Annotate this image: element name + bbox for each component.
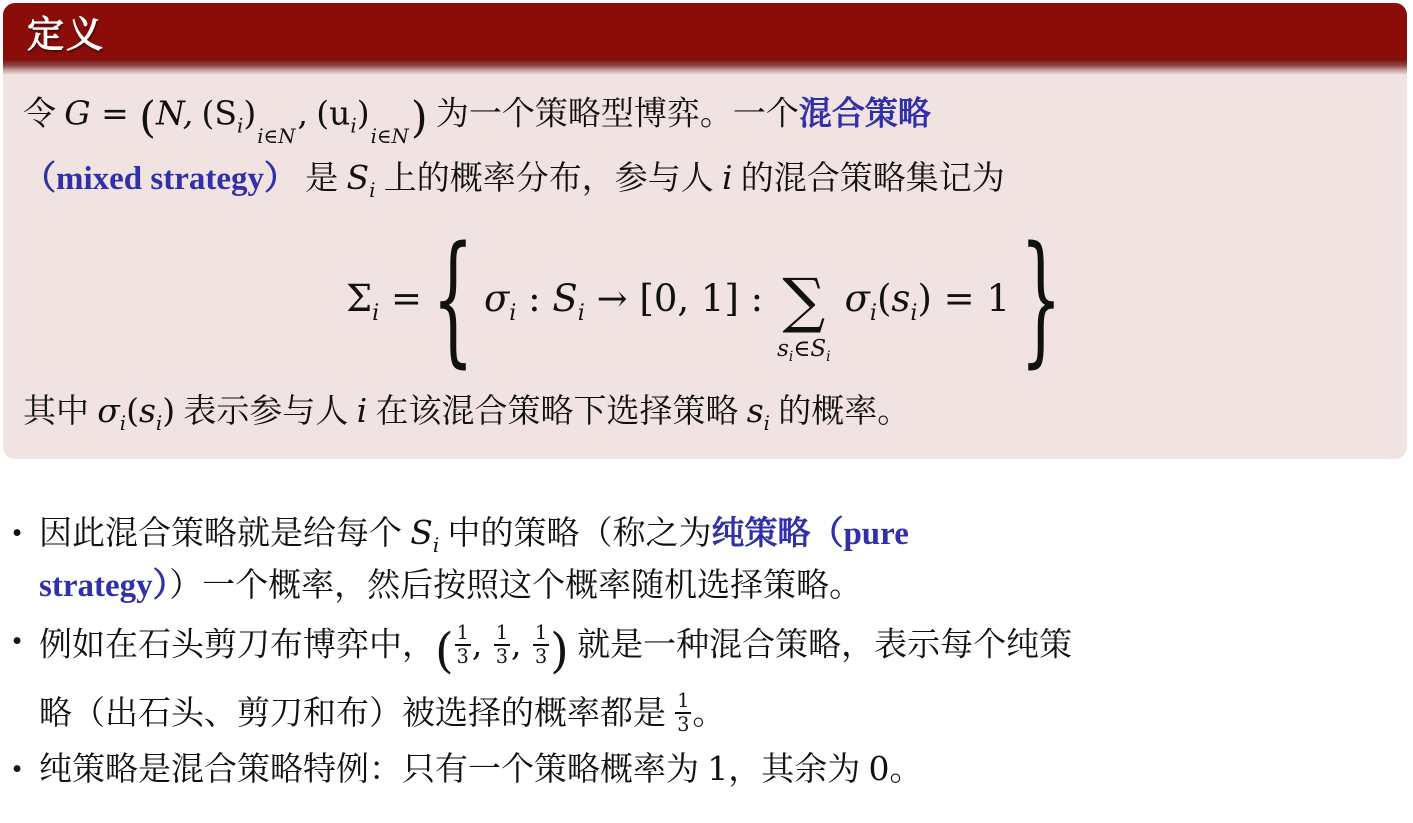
outro-text: 在该混合策略下选择策略: [367, 394, 747, 430]
math-i: i: [722, 158, 733, 197]
bullet-3-text: 纯策略是混合策略特例：只有一个策略概率为: [39, 752, 707, 788]
bullet-1-text: 中的策略（称之为: [439, 516, 711, 552]
math-S-paren: (S: [202, 94, 237, 133]
summation: ∑ si∈Si: [777, 273, 830, 368]
math-close-paren: ): [357, 94, 370, 133]
bullet-item-2: • 例如在石头剪刀布博弈中，(13, 13, 13) 就是一种混合策略，表示每个…: [6, 616, 1406, 739]
math-big-paren-right: ): [550, 624, 569, 679]
fraction-one-third: 13: [533, 623, 549, 667]
math-sigma: σ: [97, 391, 120, 430]
formula-brace-left: {: [430, 229, 476, 371]
math-S: S: [347, 158, 370, 197]
bullet-marker: •: [6, 616, 39, 666]
bullet-marker: •: [6, 508, 39, 558]
bullet-list: • 因此混合策略就是给每个 Si 中的策略（称之为纯策略（pure strate…: [6, 508, 1406, 800]
formula-brace-right: }: [1018, 229, 1064, 371]
bullet-text: 因此混合策略就是给每个 Si 中的策略（称之为纯策略（pure strategy…: [39, 508, 1406, 611]
bullet-item-1: • 因此混合策略就是给每个 Si 中的策略（称之为纯策略（pure strate…: [6, 508, 1406, 611]
outro-text: 表示参与人: [175, 394, 357, 430]
term-pure-strategy-en: strategy）: [39, 568, 169, 604]
mixed-strategy-set-formula: Σi = { σi : Si → [0, 1] : ∑ si∈Si σi(si)…: [23, 221, 1387, 379]
sum-underscript: si∈Si: [777, 332, 830, 368]
formula-lhs: Σi =: [346, 270, 422, 330]
math-u-paren: (u: [316, 94, 350, 133]
term-mixed-strategy-en: （mixed strategy）: [23, 161, 297, 197]
math-equals: =: [91, 94, 140, 133]
bullet-3-text: 。: [890, 752, 923, 788]
bullet-marker: •: [6, 744, 39, 794]
fraction-one-third: 13: [494, 623, 510, 667]
math-s: s: [139, 391, 156, 430]
fraction-one-third: 13: [455, 623, 471, 667]
math-S: S: [410, 513, 433, 552]
definition-intro-paragraph: 令 G = (N, (Si)i∈N, (ui)i∈N) 为一个策略型博弈。一个混…: [23, 85, 1387, 207]
bullet-1-text: 因此混合策略就是给每个: [39, 516, 410, 552]
math-comma: ,: [472, 625, 493, 664]
math-G: G: [64, 94, 90, 133]
outro-text: 其中: [23, 394, 97, 430]
bullet-2-text: 就是一种混合策略，表示每个纯策: [569, 628, 1072, 664]
bullet-item-3: • 纯策略是混合策略特例：只有一个策略概率为 1，其余为 0。: [6, 744, 1406, 795]
math-big-paren-left: (: [139, 93, 156, 143]
intro-text: 上的概率分布，参与人: [375, 161, 722, 197]
bullet-2-text: 略（出石头、剪刀和布）被选择的概率都是: [39, 696, 674, 732]
math-big-paren-right: ): [411, 93, 428, 143]
intro-text: 为一个策略型博弈。一个: [428, 97, 799, 133]
definition-outro-paragraph: 其中 σi(si) 表示参与人 i 在该混合策略下选择策略 si 的概率。: [23, 385, 1387, 440]
outro-text: 的概率。: [770, 394, 910, 430]
definition-block-body: 令 G = (N, (Si)i∈N, (ui)i∈N) 为一个策略型博弈。一个混…: [3, 75, 1407, 459]
bullet-1-text: ）一个概率，然后按照这个概率随机选择策略。: [169, 568, 862, 604]
intro-text: 是: [297, 161, 347, 197]
fraction-one-third: 13: [675, 691, 691, 735]
intro-text: 的混合策略集记为: [733, 161, 1005, 197]
math-one: 1: [707, 749, 728, 788]
math-sub-i-in-N: i∈N: [257, 125, 295, 148]
bullet-text: 纯策略是混合策略特例：只有一个策略概率为 1，其余为 0。: [39, 744, 1406, 795]
math-comma: ,: [297, 94, 308, 133]
bullet-text: 例如在石头剪刀布博弈中，(13, 13, 13) 就是一种混合策略，表示每个纯策…: [39, 616, 1406, 739]
sum-symbol: ∑: [782, 273, 825, 330]
definition-block-header-shadow: [3, 59, 1407, 75]
math-big-paren-left: (: [435, 624, 454, 679]
term-mixed-strategy-cn: 混合策略: [799, 97, 931, 133]
formula-map-part: σi : Si → [0, 1] :: [484, 270, 763, 330]
intro-text: 令: [23, 97, 64, 133]
term-pure-strategy-cn: 纯策略（pure: [711, 516, 908, 552]
math-N: N,: [156, 94, 193, 133]
definition-block-header: 定义: [3, 3, 1407, 59]
slide: { "colors": { "header_bg": "#8B0D09", "b…: [0, 0, 1413, 823]
bullet-3-text: ，其余为: [728, 752, 868, 788]
definition-block-title: 定义: [27, 4, 105, 58]
math-comma: ,: [511, 625, 532, 664]
math-close-paren: ): [243, 94, 256, 133]
bullet-2-text: 。: [692, 696, 725, 732]
math-open-paren: (: [126, 391, 139, 430]
math-close-paren: ): [162, 391, 175, 430]
math-sub-i-in-N: i∈N: [371, 125, 409, 148]
math-i: i: [357, 391, 368, 430]
formula-condition-part: σi(si) = 1: [845, 270, 1010, 330]
math-s: s: [747, 391, 764, 430]
bullet-2-text: 例如在石头剪刀布博弈中，: [39, 628, 435, 664]
math-zero: 0: [869, 749, 890, 788]
definition-block: 定义 令 G = (N, (Si)i∈N, (ui)i∈N) 为一个策略型博弈。…: [3, 3, 1407, 459]
